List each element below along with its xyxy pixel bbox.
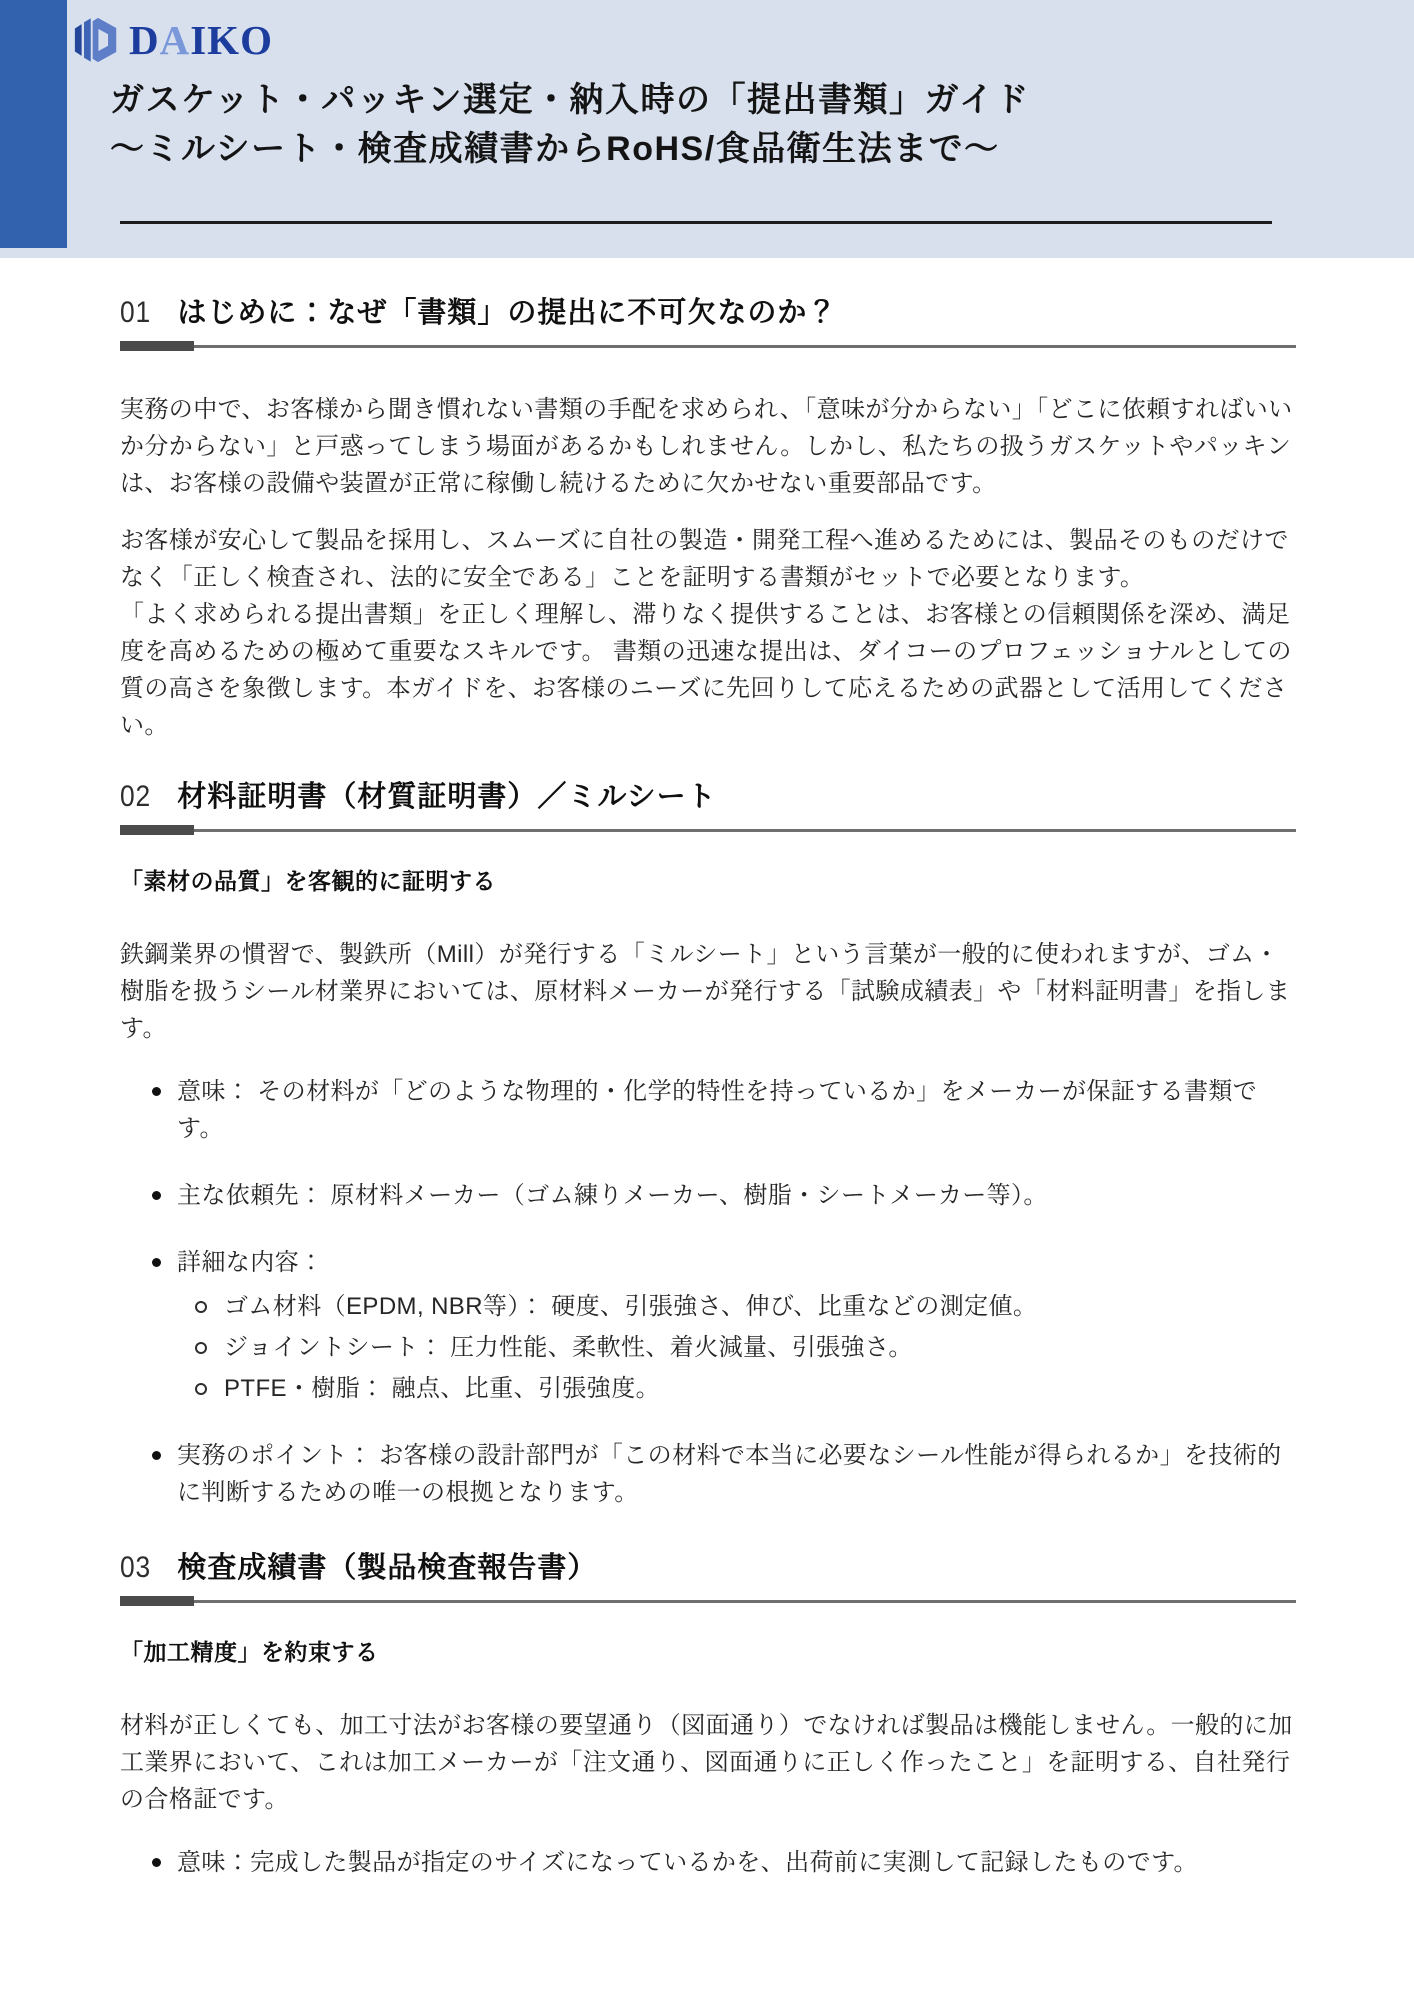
list-item-label: 詳細な内容： <box>177 1249 323 1276</box>
rule-thick-segment <box>120 1596 194 1606</box>
main-content: 01 はじめに：なぜ「書類」の提出に不可欠なのか？ 実務の中で、お客様から聞き慣… <box>0 290 1414 1881</box>
logo-text: DAIKO <box>129 20 273 61</box>
section-01-heading: はじめに：なぜ「書類」の提出に不可欠なのか？ <box>177 290 837 331</box>
logo-letter-a: A <box>160 17 191 63</box>
section-02: 02 材料証明書（材質証明書）／ミルシート 「素材の品質」を客観的に証明する 鉄… <box>120 774 1296 1511</box>
section-03-rule <box>120 1596 1296 1606</box>
paragraph: 材料が正しくても、加工寸法がお客様の要望通り（図面通り）でなければ製品は機能しま… <box>120 1707 1296 1818</box>
logo-letter-d: D <box>129 17 160 63</box>
page-title-line2: ～ミルシート・検査成績書からRoHS/食品衛生法まで～ <box>110 125 1030 174</box>
paragraph: 「よく求められる提出書類」を正しく理解し、滞りなく提供することは、お客様との信頼… <box>120 596 1296 744</box>
sub-list-item: ジョイントシート： 圧力性能、柔軟性、着火減量、引張強さ。 <box>193 1330 1296 1366</box>
sub-bullet-list: ゴム材料（EPDM, NBR等）： 硬度、引張強さ、伸び、比重などの測定値。 ジ… <box>193 1289 1296 1407</box>
sub-list-item: PTFE・樹脂： 融点、比重、引張強度。 <box>193 1371 1296 1407</box>
daiko-logo-icon <box>72 14 122 66</box>
sub-list-item: ゴム材料（EPDM, NBR等）： 硬度、引張強さ、伸び、比重などの測定値。 <box>193 1289 1296 1325</box>
paragraph: お客様が安心して製品を採用し、スムーズに自社の製造・開発工程へ進めるためには、製… <box>120 522 1296 596</box>
section-02-heading: 材料証明書（材質証明書）／ミルシート <box>177 774 716 815</box>
list-item: 意味： その材料が「どのような物理的・化学的特性を持っているか」をメーカーが保証… <box>150 1073 1296 1147</box>
title-underline <box>120 221 1272 224</box>
bullet-list: 意味：完成した製品が指定のサイズになっているかを、出荷前に実測して記録したもので… <box>150 1844 1296 1881</box>
section-01-number: 01 <box>120 296 151 330</box>
sub-heading: 「素材の品質」を客観的に証明する <box>120 863 1296 896</box>
rule-thin-segment <box>194 345 1296 348</box>
sub-heading: 「加工精度」を約束する <box>120 1634 1296 1667</box>
section-02-rule <box>120 825 1296 835</box>
list-item: 主な依頼先： 原材料メーカー（ゴム練りメーカー、樹脂・シートメーカー等）。 <box>150 1177 1296 1214</box>
document-page: DAIKO ガスケット・パッキン選定・納入時の「提出書類」ガイド ～ミルシート・… <box>0 0 1414 2000</box>
accent-bar <box>0 0 67 248</box>
list-item: 実務のポイント： お客様の設計部門が「この材料で本当に必要なシール性能が得られる… <box>150 1437 1296 1511</box>
section-01: 01 はじめに：なぜ「書類」の提出に不可欠なのか？ 実務の中で、お客様から聞き慣… <box>120 290 1296 744</box>
section-01-heading-row: 01 はじめに：なぜ「書類」の提出に不可欠なのか？ <box>120 290 1296 331</box>
paragraph: 鉄鋼業界の慣習で、製鉄所（Mill）が発行する「ミルシート」という言葉が一般的に… <box>120 936 1296 1047</box>
rule-thick-segment <box>120 341 194 351</box>
page-title-line1: ガスケット・パッキン選定・納入時の「提出書類」ガイド <box>110 76 1030 125</box>
list-item: 詳細な内容： ゴム材料（EPDM, NBR等）： 硬度、引張強さ、伸び、比重など… <box>150 1244 1296 1407</box>
daiko-logo: DAIKO <box>72 14 273 66</box>
section-03-heading: 検査成績書（製品検査報告書） <box>177 1545 597 1586</box>
rule-thin-segment <box>194 829 1296 832</box>
list-item: 意味：完成した製品が指定のサイズになっているかを、出荷前に実測して記録したもので… <box>150 1844 1296 1881</box>
rule-thin-segment <box>194 1600 1296 1603</box>
section-01-rule <box>120 341 1296 351</box>
section-02-number: 02 <box>120 780 151 814</box>
section-02-heading-row: 02 材料証明書（材質証明書）／ミルシート <box>120 774 1296 815</box>
paragraph: 実務の中で、お客様から聞き慣れない書類の手配を求められ、「意味が分からない」「ど… <box>120 391 1296 502</box>
logo-letters-iko: IKO <box>190 17 273 63</box>
section-03-heading-row: 03 検査成績書（製品検査報告書） <box>120 1545 1296 1586</box>
page-header: DAIKO ガスケット・パッキン選定・納入時の「提出書類」ガイド ～ミルシート・… <box>0 0 1414 258</box>
section-03: 03 検査成績書（製品検査報告書） 「加工精度」を約束する 材料が正しくても、加… <box>120 1545 1296 1881</box>
section-03-number: 03 <box>120 1551 151 1585</box>
rule-thick-segment <box>120 825 194 835</box>
bullet-list: 意味： その材料が「どのような物理的・化学的特性を持っているか」をメーカーが保証… <box>150 1073 1296 1511</box>
page-title: ガスケット・パッキン選定・納入時の「提出書類」ガイド ～ミルシート・検査成績書か… <box>110 76 1030 174</box>
